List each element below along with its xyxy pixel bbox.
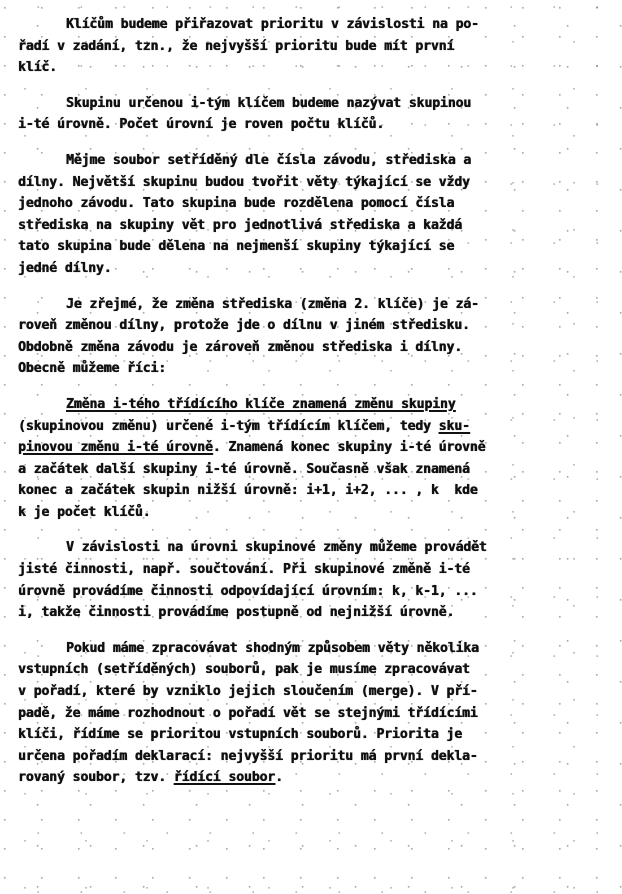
text-line: Změna i-tého třídícího klíče znamená změ… — [18, 394, 608, 416]
text-line: pinovou změnu i-té úrovně. Znamená konec… — [18, 437, 608, 459]
text-line: řadí v zadání, tzn., že nejvyšší priorit… — [18, 36, 608, 58]
text-line: klíč. — [18, 57, 608, 79]
underlined-emphasis: řídící soubor — [174, 770, 275, 785]
text-line: Obdobně změna závodu je zároveň změnou s… — [18, 337, 608, 359]
text-line: určena pořadím deklarací: nejvyšší prior… — [18, 746, 608, 768]
text-line: jedné dílny. — [18, 258, 608, 280]
underlined-emphasis: pinovou změnu i-té úrovně — [18, 440, 213, 455]
underlined-emphasis: sku- — [439, 419, 470, 434]
text-line: jisté činnosti, např. součtování. Při sk… — [18, 559, 608, 581]
text-line: (skupinovou změnu) určené i-tým třídícím… — [18, 416, 608, 438]
text-segment: . — [275, 770, 283, 785]
text-segment: Pokud máme zpracovávat shodným způsobem … — [66, 641, 479, 656]
text-segment: v pořadí, které by vzniklo jejich slouče… — [18, 684, 478, 699]
text-line: a začátek další skupiny i-té úrovně. Sou… — [18, 459, 608, 481]
underlined-emphasis: Změna i-tého třídícího klíče znamená změ… — [66, 397, 455, 412]
text-line: střediska na skupiny vět pro jednotlivá … — [18, 215, 608, 237]
text-segment: padě, že máme rozhodnout o pořadí vět se… — [18, 706, 478, 721]
text-line: tato skupina bude dělena na nejmenší sku… — [18, 236, 608, 258]
text-segment: konec a začátek skupin nižší úrovně: i+1… — [18, 483, 478, 498]
text-segment: vstupních (setříděných) souborů, pak je … — [18, 662, 470, 677]
paragraph-group-change-rule: Změna i-tého třídícího klíče znamená změ… — [18, 394, 608, 524]
paragraph-merge-multiple-files: Pokud máme zpracovávat shodným způsobem … — [18, 638, 608, 789]
paragraph-group-definition: Skupinu určenou i-tým klíčem budeme nazý… — [18, 93, 608, 136]
text-line: Skupinu určenou i-tým klíčem budeme nazý… — [18, 93, 608, 115]
text-line: i, takže činnosti provádíme postupně od … — [18, 602, 608, 624]
text-segment: klíči, řídíme se prioritou vstupních sou… — [18, 727, 462, 742]
text-line: konec a začátek skupin nižší úrovně: i+1… — [18, 480, 608, 502]
paragraph-group-change-actions: V závislosti na úrovni skupinové změny m… — [18, 537, 608, 623]
text-segment: určena pořadím deklarací: nejvyšší prior… — [18, 749, 478, 764]
text-line: i-té úrovně. Počet úrovní je roven počtu… — [18, 114, 608, 136]
text-line: rovaný soubor, tzv. řídící soubor. — [18, 767, 608, 789]
text-line: Pokud máme zpracovávat shodným způsobem … — [18, 638, 608, 660]
text-line: Obecně můžeme říci: — [18, 358, 608, 380]
text-segment: a začátek další skupiny i-té úrovně. Sou… — [18, 462, 470, 477]
text-line: roveň změnou dílny, protože jde o dílnu … — [18, 315, 608, 337]
text-line: V závislosti na úrovni skupinové změny m… — [18, 537, 608, 559]
text-segment: . Znamená konec skupiny i-té úrovně — [213, 440, 486, 455]
text-line: úrovně provádíme činnosti odpovídající ú… — [18, 581, 608, 603]
text-line: padě, že máme rozhodnout o pořadí vět se… — [18, 703, 608, 725]
paragraph-sorted-file-example: Mějme soubor setříděný dle čísla závodu,… — [18, 150, 608, 280]
text-segment: (skupinovou změnu) určené i-tým třídícím… — [18, 419, 439, 434]
text-segment: rovaný soubor, tzv. — [18, 770, 174, 785]
text-line: v pořadí, které by vzniklo jejich slouče… — [18, 681, 608, 703]
text-line: Mějme soubor setříděný dle čísla závodu,… — [18, 150, 608, 172]
text-line: k je počet klíčů. — [18, 502, 608, 524]
text-line: Je zřejmé, že změna střediska (změna 2. … — [18, 294, 608, 316]
text-line: dílny. Největší skupinu budou tvořit vět… — [18, 172, 608, 194]
typewritten-page: Klíčům budeme přiřazovat prioritu v závi… — [18, 14, 608, 803]
text-line: jednoho závodu. Tato skupina bude rozděl… — [18, 193, 608, 215]
text-line: Klíčům budeme přiřazovat prioritu v závi… — [18, 14, 608, 36]
text-segment: k je počet klíčů. — [18, 505, 150, 520]
text-line: vstupních (setříděných) souborů, pak je … — [18, 659, 608, 681]
text-line: klíči, řídíme se prioritou vstupních sou… — [18, 724, 608, 746]
paragraph-change-of-center: Je zřejmé, že změna střediska (změna 2. … — [18, 294, 608, 380]
paragraph-priority-by-key-order: Klíčům budeme přiřazovat prioritu v závi… — [18, 14, 608, 79]
